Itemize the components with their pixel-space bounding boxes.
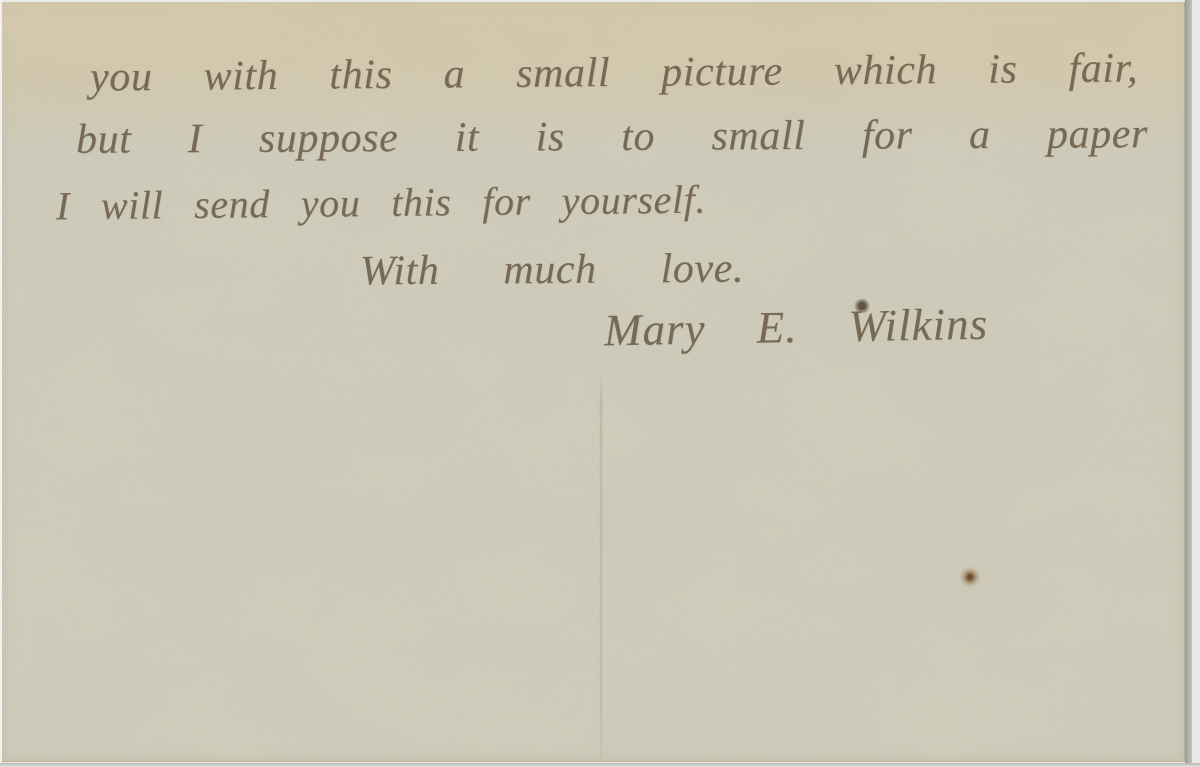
word: fair,	[1068, 43, 1138, 94]
fold-crease	[600, 370, 602, 762]
word: with	[203, 51, 278, 102]
word: Mary	[604, 302, 706, 358]
word: E.	[756, 300, 798, 355]
word: this	[329, 50, 393, 101]
stain-spot	[960, 567, 980, 587]
handwritten-line-3: Iwillsendyouthisforyourself.	[56, 176, 706, 231]
paper-edge-shadow-right	[1185, 0, 1192, 767]
word: is	[535, 112, 564, 163]
word: With	[360, 246, 440, 297]
word: a	[443, 49, 465, 100]
word: this	[391, 178, 452, 227]
word: paper	[1047, 109, 1148, 160]
word: send	[194, 180, 270, 229]
word: but	[76, 115, 132, 166]
word: yourself.	[561, 176, 706, 226]
word: I	[188, 114, 203, 164]
word: which	[834, 45, 938, 96]
word: I	[56, 182, 70, 230]
handwritten-line-1: youwiththisasmallpicturewhichisfair,	[90, 43, 1138, 103]
word: for	[862, 110, 913, 161]
word: small	[516, 48, 610, 99]
word: is	[988, 44, 1018, 95]
closing-line: Withmuchlove.	[360, 244, 744, 297]
word: suppose	[259, 113, 399, 164]
word: love.	[660, 244, 744, 295]
scan-background: youwiththisasmallpicturewhichisfair, but…	[0, 0, 1200, 767]
word: it	[455, 113, 480, 164]
letter-paper: youwiththisasmallpicturewhichisfair, but…	[2, 2, 1185, 762]
handwritten-line-2: butIsupposeitistosmallforapaper	[76, 109, 1148, 165]
word: small	[711, 111, 805, 162]
word: a	[969, 110, 991, 161]
word: to	[621, 112, 655, 163]
paper-edge-shadow-bottom	[0, 763, 1200, 767]
word: you	[301, 179, 361, 228]
word: you	[90, 52, 153, 103]
word: Wilkins	[848, 297, 988, 353]
word: picture	[661, 47, 783, 98]
word: much	[503, 245, 597, 296]
word: for	[482, 177, 531, 226]
signature: MaryE.Wilkins	[604, 297, 989, 358]
word: will	[101, 181, 164, 230]
